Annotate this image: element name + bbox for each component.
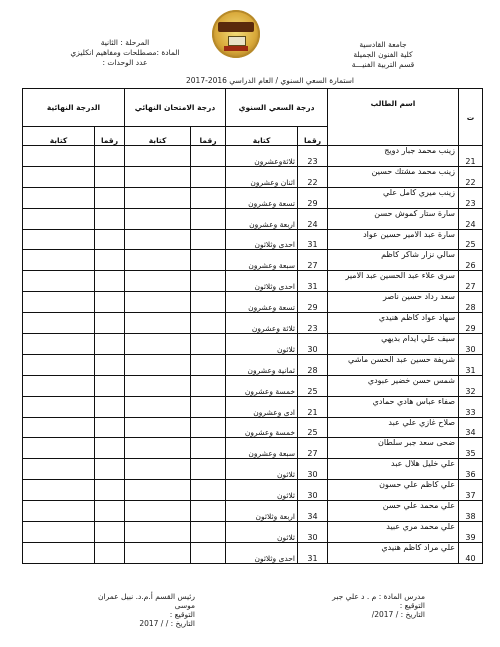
final-score-digits	[95, 542, 125, 563]
exam-score-digits	[191, 334, 226, 355]
row-index: 25	[459, 229, 483, 250]
final-score-digits	[95, 271, 125, 292]
exam-score-words	[125, 187, 191, 208]
final-digits-header: رقما	[95, 127, 125, 146]
row-index: 30	[459, 334, 483, 355]
exam-score-digits	[191, 375, 226, 396]
instructor-date: التاريخ : / 2017/	[325, 610, 425, 619]
final-score-words	[23, 250, 95, 271]
exam-score-digits	[191, 417, 226, 438]
annual-score-digits: 28	[298, 354, 328, 375]
annual-score-words: ثلاثة وعشرون	[226, 313, 298, 334]
annual-words-header: كتابة	[226, 127, 298, 146]
exam-score-words	[125, 522, 191, 543]
annual-score-words: ثلاثون	[226, 334, 298, 355]
table-row: 22زينب محمد مشتك حسين22اثنان وعشرون	[23, 166, 483, 187]
final-score-words	[23, 313, 95, 334]
final-score-digits	[95, 146, 125, 167]
department-head-date: التاريخ : / / 2017	[80, 619, 195, 628]
final-score-digits	[95, 459, 125, 480]
final-score-words	[23, 166, 95, 187]
annual-score-digits: 29	[298, 187, 328, 208]
annual-score-digits: 31	[298, 542, 328, 563]
student-name: علي محمد مري عبيد	[328, 522, 459, 543]
annual-score-words: احدى وثلاثون	[226, 542, 298, 563]
table-row: 39علي محمد مري عبيد30ثلاثون	[23, 522, 483, 543]
final-score-digits	[95, 417, 125, 438]
exam-score-words	[125, 166, 191, 187]
exam-score-digits	[191, 354, 226, 375]
final-score-digits	[95, 166, 125, 187]
exam-score-digits	[191, 292, 226, 313]
annual-score-digits: 27	[298, 438, 328, 459]
table-row: 26سالي نزار شاكر كاظم27سبعة وعشرون	[23, 250, 483, 271]
instructor-signature: التوقيع :	[325, 601, 425, 610]
row-index: 39	[459, 522, 483, 543]
department-name: قسم التربية الفنيـــة	[338, 60, 428, 70]
college-name: كلية الفنون الجميلة	[338, 50, 428, 60]
final-score-digits	[95, 250, 125, 271]
annual-score-digits: 30	[298, 334, 328, 355]
exam-score-words	[125, 542, 191, 563]
annual-score-digits: 30	[298, 480, 328, 501]
annual-score-words: ادى وعشرون	[226, 396, 298, 417]
final-score-digits	[95, 480, 125, 501]
student-name: زينب ميري كامل علي	[328, 187, 459, 208]
course-units: عدد الوحدات :	[60, 58, 190, 68]
course-stage: المرحلة : الثانية	[60, 38, 190, 48]
row-index: 38	[459, 501, 483, 522]
final-score-words	[23, 292, 95, 313]
exam-score-words	[125, 459, 191, 480]
row-index: 35	[459, 438, 483, 459]
final-score-digits	[95, 396, 125, 417]
exam-score-words	[125, 250, 191, 271]
exam-score-digits	[191, 250, 226, 271]
table-row: 29سهاد عواد كاظم هنيدي23ثلاثة وعشرون	[23, 313, 483, 334]
student-name: علي مراد كاظم هنيدي	[328, 542, 459, 563]
annual-score-digits: 27	[298, 250, 328, 271]
exam-score-words	[125, 438, 191, 459]
row-index: 33	[459, 396, 483, 417]
exam-score-digits	[191, 438, 226, 459]
row-index: 22	[459, 166, 483, 187]
student-name: سارة عبد الامير حسين عواد	[328, 229, 459, 250]
row-index: 31	[459, 354, 483, 375]
exam-score-digits	[191, 501, 226, 522]
final-score-words	[23, 229, 95, 250]
final-score-words	[23, 208, 95, 229]
row-index: 29	[459, 313, 483, 334]
final-score-words	[23, 271, 95, 292]
exam-score-words	[125, 375, 191, 396]
exam-score-digits	[191, 480, 226, 501]
exam-score-digits	[191, 208, 226, 229]
student-name: صلاح غازي علي عبد	[328, 417, 459, 438]
row-index: 37	[459, 480, 483, 501]
col-index-header: ت	[459, 89, 483, 146]
final-score-words	[23, 480, 95, 501]
annual-score-words: اربعة وثلاثون	[226, 501, 298, 522]
course-info: المرحلة : الثانية المادة :مصطلحات ومفاهي…	[60, 38, 190, 68]
table-row: 34صلاح غازي علي عبد25خمسة وعشرون	[23, 417, 483, 438]
final-words-header: كتابة	[23, 127, 95, 146]
annual-score-words: تسعة وعشرون	[226, 292, 298, 313]
final-score-words	[23, 334, 95, 355]
annual-digits-header: رقما	[298, 127, 328, 146]
row-index: 26	[459, 250, 483, 271]
student-name: شمس حسن خضير عبودي	[328, 375, 459, 396]
exam-score-digits	[191, 542, 226, 563]
row-index: 23	[459, 187, 483, 208]
annual-score-digits: 21	[298, 396, 328, 417]
student-name: سرى علاء عبد الحسين عبد الامير	[328, 271, 459, 292]
row-index: 32	[459, 375, 483, 396]
final-score-digits	[95, 375, 125, 396]
annual-score-digits: 31	[298, 271, 328, 292]
exam-score-digits	[191, 522, 226, 543]
instructor-signature-block: مدرس المادة : م . د علي جبر التوقيع : ال…	[325, 592, 425, 619]
annual-score-words: ثلاثةوعشرون	[226, 146, 298, 167]
annual-score-words: سبعة وعشرون	[226, 438, 298, 459]
annual-score-digits: 23	[298, 313, 328, 334]
final-score-words	[23, 501, 95, 522]
final-score-words	[23, 542, 95, 563]
exam-score-words	[125, 396, 191, 417]
instructor-name: مدرس المادة : م . د علي جبر	[325, 592, 425, 601]
row-index: 28	[459, 292, 483, 313]
annual-score-words: ثمانية وعشرون	[226, 354, 298, 375]
table-row: 28سعد رداد حسين ناصر29تسعة وعشرون	[23, 292, 483, 313]
row-index: 21	[459, 146, 483, 167]
final-score-digits	[95, 501, 125, 522]
student-name: سعد رداد حسين ناصر	[328, 292, 459, 313]
student-name: علي خليل هلال عبد	[328, 459, 459, 480]
student-name: زينب محمد مشتك حسين	[328, 166, 459, 187]
table-row: 31شريفة حسين عبد الحسن ماشي28ثمانية وعشر…	[23, 354, 483, 375]
exam-score-words	[125, 208, 191, 229]
table-row: 36علي خليل هلال عبد30ثلاثون	[23, 459, 483, 480]
annual-score-digits: 34	[298, 501, 328, 522]
annual-score-digits: 23	[298, 146, 328, 167]
annual-score-words: اثنان وعشرون	[226, 166, 298, 187]
col-name-header: اسم الطالب	[328, 89, 459, 146]
table-row: 32شمس حسن خضير عبودي25خمسة وعشرون	[23, 375, 483, 396]
grades-table-body: 21زينب محمد جبار دويج23ثلاثةوعشرون22زينب…	[23, 146, 483, 564]
exam-score-digits	[191, 187, 226, 208]
annual-score-digits: 29	[298, 292, 328, 313]
final-score-words	[23, 522, 95, 543]
final-score-digits	[95, 208, 125, 229]
final-score-words	[23, 459, 95, 480]
final-score-words	[23, 417, 95, 438]
university-header: جامعة القادسية كلية الفنون الجميلة قسم ا…	[338, 40, 428, 70]
final-score-digits	[95, 187, 125, 208]
col-final-exam-header: درجة الامتحان النهائي	[125, 89, 226, 127]
annual-score-digits: 25	[298, 375, 328, 396]
row-index: 40	[459, 542, 483, 563]
exam-words-header: كتابة	[125, 127, 191, 146]
final-score-words	[23, 354, 95, 375]
annual-score-words: ثلاثون	[226, 459, 298, 480]
exam-score-digits	[191, 271, 226, 292]
department-head-name: رئيس القسم أ.م.د. نبيل عمران موسى	[80, 592, 195, 610]
student-name: زينب محمد جبار دويج	[328, 146, 459, 167]
table-row: 23زينب ميري كامل علي29تسعة وعشرون	[23, 187, 483, 208]
exam-score-digits	[191, 146, 226, 167]
student-name: سارة ستار كموش حسن	[328, 208, 459, 229]
annual-score-digits: 22	[298, 166, 328, 187]
table-row: 35ضحى سعد جبر سلطان27سبعة وعشرون	[23, 438, 483, 459]
student-name: علي كاظم علي حسون	[328, 480, 459, 501]
col-annual-header: درجة السعي السنوي	[226, 89, 328, 127]
row-index: 36	[459, 459, 483, 480]
final-score-words	[23, 375, 95, 396]
annual-score-words: ثلاثون	[226, 480, 298, 501]
final-score-digits	[95, 313, 125, 334]
annual-score-digits: 30	[298, 522, 328, 543]
annual-score-digits: 31	[298, 229, 328, 250]
row-index: 34	[459, 417, 483, 438]
exam-score-words	[125, 417, 191, 438]
table-row: 21زينب محمد جبار دويج23ثلاثةوعشرون	[23, 146, 483, 167]
exam-score-words	[125, 313, 191, 334]
exam-score-words	[125, 271, 191, 292]
student-name: علي محمد علي حسن	[328, 501, 459, 522]
annual-score-words: احدى وثلاثون	[226, 229, 298, 250]
table-row: 38علي محمد علي حسن34اربعة وثلاثون	[23, 501, 483, 522]
row-index: 27	[459, 271, 483, 292]
university-logo-icon	[212, 10, 260, 58]
table-row: 40علي مراد كاظم هنيدي31احدى وثلاثون	[23, 542, 483, 563]
table-row: 30سيف علي ايدام بديهي30ثلاثون	[23, 334, 483, 355]
table-row: 25سارة عبد الامير حسين عواد31احدى وثلاثو…	[23, 229, 483, 250]
final-score-digits	[95, 354, 125, 375]
annual-score-words: احدى وثلاثون	[226, 271, 298, 292]
exam-score-words	[125, 292, 191, 313]
row-index: 24	[459, 208, 483, 229]
final-score-digits	[95, 292, 125, 313]
course-subject: المادة :مصطلحات ومفاهيم انكليزي	[60, 48, 190, 58]
annual-score-digits: 30	[298, 459, 328, 480]
final-score-words	[23, 187, 95, 208]
exam-score-digits	[191, 166, 226, 187]
exam-score-words	[125, 501, 191, 522]
final-score-words	[23, 438, 95, 459]
exam-score-words	[125, 334, 191, 355]
table-row: 33صفاء عباس هادي حمادي21ادى وعشرون	[23, 396, 483, 417]
student-name: ضحى سعد جبر سلطان	[328, 438, 459, 459]
student-name: شريفة حسين عبد الحسن ماشي	[328, 354, 459, 375]
exam-score-words	[125, 229, 191, 250]
exam-digits-header: رقما	[191, 127, 226, 146]
student-name: سيف علي ايدام بديهي	[328, 334, 459, 355]
exam-score-digits	[191, 396, 226, 417]
annual-score-words: تسعة وعشرون	[226, 187, 298, 208]
annual-score-words: خمسة وعشرون	[226, 375, 298, 396]
table-row: 37علي كاظم علي حسون30ثلاثون	[23, 480, 483, 501]
department-head-signature-block: رئيس القسم أ.م.د. نبيل عمران موسى التوقي…	[80, 592, 195, 628]
annual-score-words: سبعة وعشرون	[226, 250, 298, 271]
final-score-words	[23, 396, 95, 417]
annual-score-words: اربعة وعشرون	[226, 208, 298, 229]
table-row: 27سرى علاء عبد الحسين عبد الامير31احدى و…	[23, 271, 483, 292]
exam-score-digits	[191, 313, 226, 334]
student-name: صفاء عباس هادي حمادي	[328, 396, 459, 417]
student-name: سالي نزار شاكر كاظم	[328, 250, 459, 271]
final-score-words	[23, 146, 95, 167]
annual-score-words: خمسة وعشرون	[226, 417, 298, 438]
exam-score-digits	[191, 459, 226, 480]
col-final-grade-header: الدرجة النهائية	[23, 89, 125, 127]
final-score-digits	[95, 522, 125, 543]
exam-score-words	[125, 480, 191, 501]
grades-table: ت اسم الطالب درجة السعي السنوي درجة الام…	[22, 88, 483, 564]
table-row: 24سارة ستار كموش حسن24اربعة وعشرون	[23, 208, 483, 229]
form-title: استمارة السعي السنوي / العام الدراسي 201…	[170, 76, 370, 85]
university-name: جامعة القادسية	[338, 40, 428, 50]
department-head-signature: التوقيع :	[80, 610, 195, 619]
exam-score-digits	[191, 229, 226, 250]
annual-score-digits: 24	[298, 208, 328, 229]
exam-score-words	[125, 354, 191, 375]
final-score-digits	[95, 438, 125, 459]
student-name: سهاد عواد كاظم هنيدي	[328, 313, 459, 334]
final-score-digits	[95, 334, 125, 355]
exam-score-words	[125, 146, 191, 167]
final-score-digits	[95, 229, 125, 250]
annual-score-digits: 25	[298, 417, 328, 438]
annual-score-words: ثلاثون	[226, 522, 298, 543]
